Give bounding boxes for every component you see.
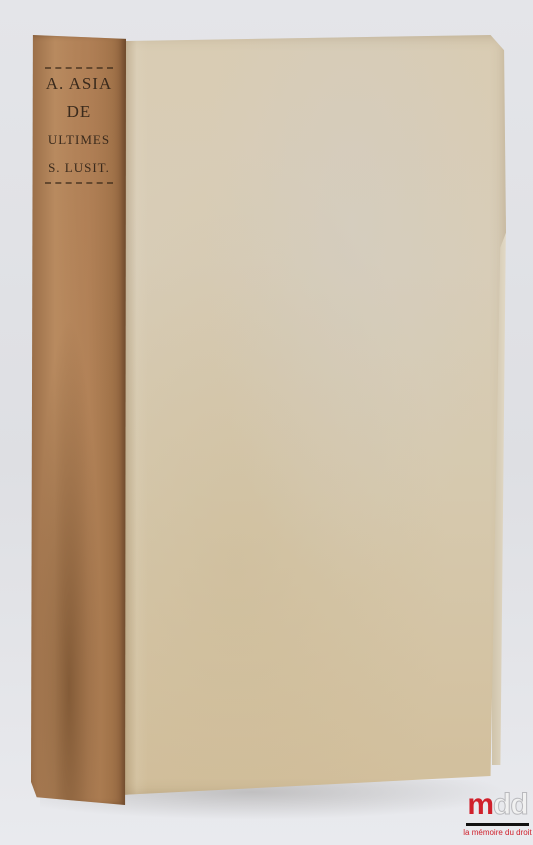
logo-letter-m: m	[467, 788, 493, 821]
book-spine: A. ASIA DE ULTIMES S. LUSIT.	[31, 35, 126, 805]
spine-title-line-2: DE	[37, 98, 121, 126]
mdd-watermark-logo: mdd la mémoire du droit	[462, 790, 533, 845]
mdd-logo-mark: mdd	[462, 790, 533, 820]
logo-underline-bar	[466, 823, 529, 826]
spine-title-label: A. ASIA DE ULTIMES S. LUSIT.	[37, 67, 121, 185]
book-front-cover	[120, 35, 506, 795]
spine-rule-bottom	[45, 182, 113, 185]
spine-title-line-3: ULTIMES	[37, 126, 121, 154]
book-photo: A. ASIA DE ULTIMES S. LUSIT.	[0, 0, 533, 845]
logo-letters-dd: dd	[493, 788, 528, 821]
spine-title-line-4: S. LUSIT.	[37, 154, 121, 182]
spine-title-line-1: A. ASIA	[37, 70, 121, 98]
logo-tagline: la mémoire du droit	[462, 828, 533, 837]
